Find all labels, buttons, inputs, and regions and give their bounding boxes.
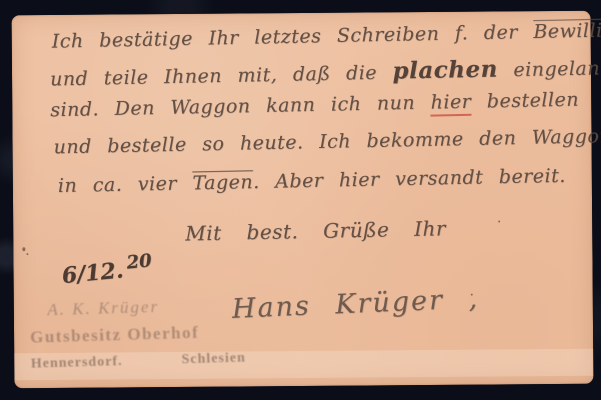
- paper-speck: [471, 294, 473, 296]
- stamp-estate-line: Gutsbesitz Oberhof: [30, 321, 270, 348]
- line5-text: in ca. vier: [58, 172, 193, 197]
- date-day-month: 6/12.: [61, 257, 125, 289]
- stamp-town: Hennersdorf.: [31, 354, 123, 373]
- paper-speck: [22, 247, 25, 251]
- scan-background: Ich bestätige Ihr letztes Schreiben f. d…: [0, 0, 601, 400]
- date-year: 20: [126, 250, 153, 273]
- message-line-3: sind. Den Waggon kann ich nun hier beste…: [50, 89, 579, 122]
- message-line-4: und bestelle so heute. Ich bekomme den W…: [53, 125, 601, 158]
- line1-macron-word: Bewilligung: [533, 19, 601, 43]
- paper-speck: [26, 253, 28, 255]
- paper-speck: [498, 220, 500, 222]
- line2-text: und teile Ihnen mit, daß die: [50, 62, 393, 91]
- line5-overlined-word: Tagen: [192, 171, 253, 194]
- line2-emphasized-word: plachen: [392, 55, 498, 84]
- line3-text: sind. Den Waggon kann ich nun: [50, 92, 431, 122]
- handwritten-date: 6/12.20: [60, 250, 153, 289]
- message-line-1: Ich bestätige Ihr letztes Schreiben f. d…: [52, 19, 601, 53]
- closing-greeting-line: Mit best. Grüße Ihr: [185, 216, 446, 245]
- line1-text: Ich bestätige Ihr letztes Schreiben f. d…: [52, 21, 534, 53]
- line4-text: und bestelle so heute. Ich bekomme den W…: [53, 125, 601, 158]
- closing-text: Mit best. Grüße Ihr: [185, 216, 446, 245]
- stamp-name-line: A. K. Krüger: [47, 294, 269, 320]
- sender-stamp: A. K. Krüger Gutsbesitz Oberhof Hennersd…: [29, 294, 271, 373]
- message-line-2: und teile Ihnen mit, daß die plachen ein…: [50, 53, 601, 91]
- postcard: Ich bestätige Ihr letztes Schreiben f. d…: [12, 11, 594, 389]
- message-line-5: in ca. vier Tagen. Aber hier versandt be…: [58, 165, 566, 197]
- stamp-region: Schlesien: [181, 350, 246, 368]
- line3-red-underlined-word: hier: [430, 91, 471, 117]
